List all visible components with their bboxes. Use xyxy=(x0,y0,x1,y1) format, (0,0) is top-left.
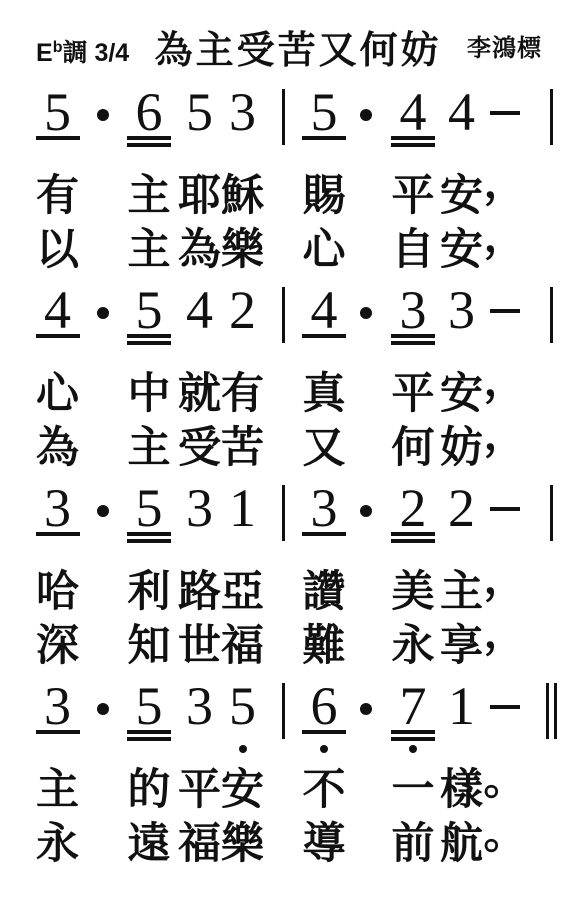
lyric-char: 遠 xyxy=(120,819,178,873)
lyric-spacer xyxy=(346,171,386,225)
lyric-char: 福 xyxy=(221,621,264,675)
barline xyxy=(282,485,285,541)
char-glyph: 美 xyxy=(392,569,435,616)
note-digit: 4 xyxy=(400,92,427,132)
note-digit: 3 xyxy=(448,290,475,330)
lyric-char: 主 xyxy=(120,225,178,279)
lyric-char: 中 xyxy=(120,369,178,423)
char-glyph: 為 xyxy=(36,425,79,472)
music-note: 3 xyxy=(186,488,213,528)
duration-underline xyxy=(36,136,80,140)
duration-underline xyxy=(302,136,346,140)
system-2: 4542433心中就有真平安，為主受苦又何妨， xyxy=(30,290,576,477)
note-column: 3 xyxy=(386,290,440,364)
system-3: 3531322哈利路亞讚美主，深知世福難永享， xyxy=(30,488,576,675)
music-line-4: 3535671 xyxy=(30,686,576,760)
char-glyph: 永 xyxy=(36,821,79,868)
music-line-3: 3531322 xyxy=(30,488,576,562)
char-glyph: 平 xyxy=(392,173,435,220)
lyric-char: 深 xyxy=(30,621,85,675)
duration-underline xyxy=(127,737,171,741)
char-glyph: 平 xyxy=(178,767,221,814)
note-column: 4 xyxy=(302,290,346,364)
note-column: 3 xyxy=(440,290,483,364)
duration-underline xyxy=(127,334,171,338)
note-digit: 5 xyxy=(136,686,163,726)
music-note: 3 xyxy=(302,488,346,536)
char-glyph: 主 xyxy=(440,569,483,616)
char-glyph: 賜 xyxy=(303,173,346,220)
lyric-char: 平 xyxy=(178,765,221,819)
char-glyph: 知 xyxy=(128,623,171,670)
duration-underline xyxy=(391,136,435,140)
low-octave-dot xyxy=(320,745,328,753)
music-line-1: 5653544 xyxy=(30,92,576,166)
note-digit: 3 xyxy=(44,686,71,726)
music-note: 2 xyxy=(229,290,256,330)
augmentation-dot-column xyxy=(346,686,386,760)
lyric-char: 前 xyxy=(386,819,440,873)
char-glyph: 就 xyxy=(178,371,221,418)
lyric-spacer xyxy=(264,369,302,423)
lyric-line-4-2: 永遠福樂導前航。 xyxy=(30,819,576,873)
lyric-spacer xyxy=(527,819,576,873)
lyric-line-1-2: 以主為樂心自安， xyxy=(30,225,576,279)
duration-underline xyxy=(127,341,171,345)
composer-name: 李鴻標 xyxy=(467,28,542,70)
char-glyph: 心 xyxy=(36,371,79,418)
lyric-char: 難 xyxy=(302,621,346,675)
lyric-line-2-2: 為主受苦又何妨， xyxy=(30,423,576,477)
lyric-char: 何 xyxy=(386,423,440,477)
barline-column xyxy=(264,686,302,760)
note-column: 5 xyxy=(221,686,264,760)
lyric-char: 樂 xyxy=(221,225,264,279)
lyric-char: 導 xyxy=(302,819,346,873)
hymn-title: 為主受苦又何妨 xyxy=(155,28,442,74)
lyric-char: 享 xyxy=(440,621,483,675)
music-line-2: 4542433 xyxy=(30,290,576,364)
lyric-spacer xyxy=(346,369,386,423)
char-glyph: 又 xyxy=(303,425,346,472)
duration-underline xyxy=(302,334,346,338)
lyric-spacer xyxy=(85,567,120,621)
duration-underline xyxy=(391,539,435,543)
music-note: 3 xyxy=(186,686,213,726)
note-column: 5 xyxy=(120,488,178,562)
lyric-char: 主 xyxy=(120,171,178,225)
note-digit: 5 xyxy=(186,92,213,132)
lyric-char: 主 xyxy=(120,423,178,477)
char-glyph: 享 xyxy=(440,623,483,670)
lyric-char: 利 xyxy=(120,567,178,621)
note-column: 3 xyxy=(178,686,221,760)
char-glyph: 安 xyxy=(440,227,483,274)
note-digit: 5 xyxy=(136,290,163,330)
char-glyph: 福 xyxy=(221,623,264,670)
note-digit: 7 xyxy=(400,686,427,726)
sustain-dash xyxy=(490,111,520,115)
note-digit: 4 xyxy=(44,290,71,330)
system-1: 5653544有主耶穌賜平安，以主為樂心自安， xyxy=(30,92,576,279)
note-digit: 2 xyxy=(229,290,256,330)
punctuation-glyph: ， xyxy=(484,356,527,408)
note-digit: 3 xyxy=(186,686,213,726)
lyric-char: 有 xyxy=(221,369,264,423)
lyric-char: 哈 xyxy=(30,567,85,621)
lyric-spacer xyxy=(85,423,120,477)
note-digit: 4 xyxy=(186,290,213,330)
lyric-spacer xyxy=(264,567,302,621)
lyric-punctuation: ， xyxy=(483,423,527,477)
char-glyph: 苦 xyxy=(221,425,264,472)
music-note: 3 xyxy=(448,290,475,330)
note-digit: 6 xyxy=(311,686,338,726)
lyric-char: 主 xyxy=(30,765,85,819)
punctuation-glyph: ， xyxy=(484,608,527,660)
lyric-char: 為 xyxy=(30,423,85,477)
sheet-header: Eb調 3/4 為主受苦又何妨 李鴻標 xyxy=(0,24,576,82)
char-glyph: 亞 xyxy=(221,569,264,616)
lyric-spacer xyxy=(527,369,576,423)
lyric-char: 苦 xyxy=(221,423,264,477)
note-digit: 4 xyxy=(311,290,338,330)
punctuation-glyph: 。 xyxy=(484,809,527,861)
music-note: 4 xyxy=(391,92,435,147)
char-glyph: 永 xyxy=(392,623,435,670)
lyric-char: 知 xyxy=(120,621,178,675)
note-column: 4 xyxy=(440,92,483,166)
punctuation-glyph: 。 xyxy=(484,755,527,807)
char-glyph: 以 xyxy=(36,227,79,274)
lyric-char: 福 xyxy=(178,819,221,873)
char-glyph: 為 xyxy=(178,227,221,274)
music-note: 4 xyxy=(36,290,80,338)
final-barline-column xyxy=(527,686,576,760)
music-note: 6 xyxy=(127,92,171,147)
barline xyxy=(282,683,285,739)
char-glyph: 路 xyxy=(178,569,221,616)
barline-column xyxy=(264,290,302,364)
lyric-char: 美 xyxy=(386,567,440,621)
barline xyxy=(550,485,553,541)
lyric-char: 世 xyxy=(178,621,221,675)
char-glyph: 有 xyxy=(221,371,264,418)
key-letter: E xyxy=(36,39,53,67)
lyric-spacer xyxy=(527,225,576,279)
lyric-spacer xyxy=(264,819,302,873)
punctuation-glyph: ， xyxy=(484,410,527,462)
flat-accidental: b xyxy=(53,39,63,56)
char-glyph: 安 xyxy=(440,371,483,418)
key-and-time-signature: Eb調 3/4 xyxy=(36,28,129,74)
augmentation-dot-column xyxy=(85,686,120,760)
note-digit: 1 xyxy=(448,686,475,726)
augmentation-dot-column xyxy=(346,92,386,166)
lyric-char: 航 xyxy=(440,819,483,873)
lyric-char: 樂 xyxy=(221,819,264,873)
lyric-char: 有 xyxy=(30,171,85,225)
lyric-spacer xyxy=(85,621,120,675)
lyric-char: 永 xyxy=(30,819,85,873)
music-note: 3 xyxy=(229,92,256,132)
char-glyph: 樂 xyxy=(221,821,264,868)
note-column: 6 xyxy=(120,92,178,166)
barline-column xyxy=(527,488,576,562)
lyric-spacer xyxy=(85,171,120,225)
time-signature: 3/4 xyxy=(94,39,129,67)
music-note: 3 xyxy=(391,290,435,345)
char-glyph: 主 xyxy=(128,227,171,274)
char-glyph: 深 xyxy=(36,623,79,670)
music-note: 2 xyxy=(448,488,475,528)
lyric-char: 為 xyxy=(178,225,221,279)
lyric-spacer xyxy=(264,621,302,675)
char-glyph: 有 xyxy=(36,173,79,220)
char-glyph: 主 xyxy=(128,425,171,472)
sustain-dash-column xyxy=(483,488,527,562)
music-note: 5 xyxy=(36,92,80,140)
char-glyph: 遠 xyxy=(128,821,171,868)
char-glyph: 真 xyxy=(303,371,346,418)
lyric-char: 受 xyxy=(178,423,221,477)
char-glyph: 耶 xyxy=(178,173,221,220)
augmentation-dot xyxy=(97,703,109,715)
barline xyxy=(282,287,285,343)
note-digit: 3 xyxy=(186,488,213,528)
note-column: 3 xyxy=(30,488,85,562)
note-digit: 3 xyxy=(229,92,256,132)
char-glyph: 一 xyxy=(392,767,435,814)
note-column: 5 xyxy=(30,92,85,166)
duration-underline xyxy=(391,341,435,345)
low-octave-dot xyxy=(239,745,247,753)
note-column: 6 xyxy=(302,686,346,760)
note-column: 1 xyxy=(440,686,483,760)
lyric-char: 心 xyxy=(30,369,85,423)
lyric-char: 安 xyxy=(221,765,264,819)
note-digit: 5 xyxy=(136,488,163,528)
lyric-char: 主 xyxy=(440,567,483,621)
music-note: 3 xyxy=(36,488,80,536)
char-glyph: 難 xyxy=(303,623,346,670)
key-word: 調 xyxy=(62,40,87,67)
note-column: 1 xyxy=(221,488,264,562)
note-digit: 5 xyxy=(311,92,338,132)
duration-underline xyxy=(127,730,171,734)
music-note: 5 xyxy=(302,92,346,140)
music-note: 6 xyxy=(302,686,346,734)
music-note: 2 xyxy=(391,488,435,543)
music-note: 3 xyxy=(36,686,80,734)
duration-underline xyxy=(36,334,80,338)
lyric-spacer xyxy=(264,171,302,225)
note-digit: 3 xyxy=(311,488,338,528)
music-note: 1 xyxy=(229,488,256,528)
duration-underline xyxy=(391,532,435,536)
char-glyph: 受 xyxy=(178,425,221,472)
char-glyph: 穌 xyxy=(221,173,264,220)
lyric-spacer xyxy=(264,765,302,819)
note-column: 3 xyxy=(302,488,346,562)
lyric-char: 安 xyxy=(440,369,483,423)
augmentation-dot-column xyxy=(346,290,386,364)
duration-underline xyxy=(127,143,171,147)
lyric-char: 平 xyxy=(386,369,440,423)
lyric-char: 的 xyxy=(120,765,178,819)
lyric-spacer xyxy=(85,225,120,279)
sustain-dash-column xyxy=(483,686,527,760)
music-note: 1 xyxy=(448,686,475,726)
note-digit: 5 xyxy=(229,686,256,726)
sustain-dash xyxy=(490,309,520,313)
note-digit: 4 xyxy=(448,92,475,132)
lyric-punctuation: ， xyxy=(483,225,527,279)
char-glyph: 不 xyxy=(303,767,346,814)
barline xyxy=(550,287,553,343)
duration-underline xyxy=(127,136,171,140)
augmentation-dot-column xyxy=(85,488,120,562)
music-note: 5 xyxy=(127,488,171,543)
lyric-char: 平 xyxy=(386,171,440,225)
lyric-char: 讚 xyxy=(302,567,346,621)
augmentation-dot xyxy=(97,505,109,517)
lyric-char: 耶 xyxy=(178,171,221,225)
barline xyxy=(282,89,285,145)
augmentation-dot xyxy=(360,307,372,319)
note-column: 5 xyxy=(120,290,178,364)
duration-underline xyxy=(302,730,346,734)
lyric-spacer xyxy=(264,423,302,477)
lyric-spacer xyxy=(346,621,386,675)
music-note: 5 xyxy=(229,686,256,726)
duration-underline xyxy=(391,143,435,147)
augmentation-dot xyxy=(360,703,372,715)
char-glyph: 樣 xyxy=(440,767,483,814)
sustain-dash xyxy=(490,705,520,709)
note-column: 5 xyxy=(120,686,178,760)
char-glyph: 自 xyxy=(392,227,435,274)
lyric-char: 亞 xyxy=(221,567,264,621)
music-note: 5 xyxy=(127,290,171,345)
punctuation-glyph: ， xyxy=(484,554,527,606)
lyric-punctuation: 。 xyxy=(483,819,527,873)
char-glyph: 主 xyxy=(128,173,171,220)
augmentation-dot xyxy=(360,505,372,517)
lyric-spacer xyxy=(85,369,120,423)
duration-underline xyxy=(391,737,435,741)
lyric-char: 穌 xyxy=(221,171,264,225)
char-glyph: 心 xyxy=(303,227,346,274)
lyric-char: 路 xyxy=(178,567,221,621)
lyric-char: 以 xyxy=(30,225,85,279)
note-column: 3 xyxy=(178,488,221,562)
lyric-char: 安 xyxy=(440,171,483,225)
note-digit: 6 xyxy=(136,92,163,132)
lyric-char: 樣 xyxy=(440,765,483,819)
lyric-char: 又 xyxy=(302,423,346,477)
lyric-spacer xyxy=(346,819,386,873)
char-glyph: 安 xyxy=(440,173,483,220)
sustain-dash xyxy=(490,507,520,511)
char-glyph: 哈 xyxy=(36,569,79,616)
lyric-spacer xyxy=(527,765,576,819)
note-digit: 2 xyxy=(400,488,427,528)
lyric-char: 不 xyxy=(302,765,346,819)
barline-column xyxy=(264,488,302,562)
duration-underline xyxy=(127,532,171,536)
final-double-barline xyxy=(546,683,557,739)
lyric-char: 真 xyxy=(302,369,346,423)
char-glyph: 航 xyxy=(440,821,483,868)
lyric-spacer xyxy=(527,621,576,675)
char-glyph: 的 xyxy=(128,767,171,814)
duration-underline xyxy=(36,730,80,734)
char-glyph: 安 xyxy=(221,767,264,814)
lyric-spacer xyxy=(346,765,386,819)
lyric-spacer xyxy=(346,423,386,477)
lyric-spacer xyxy=(346,567,386,621)
note-column: 7 xyxy=(386,686,440,760)
music-note: 7 xyxy=(391,686,435,741)
lyric-char: 就 xyxy=(178,369,221,423)
lyric-spacer xyxy=(346,225,386,279)
note-digit: 2 xyxy=(448,488,475,528)
punctuation-glyph: ， xyxy=(484,158,527,210)
barline-stroke xyxy=(554,683,557,739)
char-glyph: 樂 xyxy=(221,227,264,274)
augmentation-dot xyxy=(97,109,109,121)
char-glyph: 妨 xyxy=(440,425,483,472)
char-glyph: 讚 xyxy=(303,569,346,616)
punctuation-glyph: ， xyxy=(484,212,527,264)
lyric-char: 安 xyxy=(440,225,483,279)
lyric-spacer xyxy=(527,567,576,621)
barline-column xyxy=(264,92,302,166)
lyric-spacer xyxy=(527,171,576,225)
lyric-char: 妨 xyxy=(440,423,483,477)
duration-underline xyxy=(302,532,346,536)
music-note: 5 xyxy=(186,92,213,132)
char-glyph: 利 xyxy=(128,569,171,616)
lyric-char: 自 xyxy=(386,225,440,279)
char-glyph: 福 xyxy=(178,821,221,868)
barline-column xyxy=(527,290,576,364)
char-glyph: 世 xyxy=(178,623,221,670)
lyric-spacer xyxy=(85,819,120,873)
duration-underline xyxy=(36,532,80,536)
note-column: 2 xyxy=(221,290,264,364)
lyric-spacer xyxy=(264,225,302,279)
note-column: 5 xyxy=(302,92,346,166)
lyric-char: 一 xyxy=(386,765,440,819)
note-column: 4 xyxy=(386,92,440,166)
lyric-spacer xyxy=(527,423,576,477)
low-octave-dot xyxy=(409,745,417,753)
char-glyph: 主 xyxy=(36,767,79,814)
augmentation-dot xyxy=(97,307,109,319)
lyric-char: 永 xyxy=(386,621,440,675)
augmentation-dot xyxy=(360,109,372,121)
barline-column xyxy=(527,92,576,166)
sustain-dash-column xyxy=(483,290,527,364)
lyric-char: 賜 xyxy=(302,171,346,225)
music-note: 4 xyxy=(448,92,475,132)
note-column: 2 xyxy=(386,488,440,562)
duration-underline xyxy=(127,539,171,543)
lyric-spacer xyxy=(85,765,120,819)
note-column: 3 xyxy=(30,686,85,760)
